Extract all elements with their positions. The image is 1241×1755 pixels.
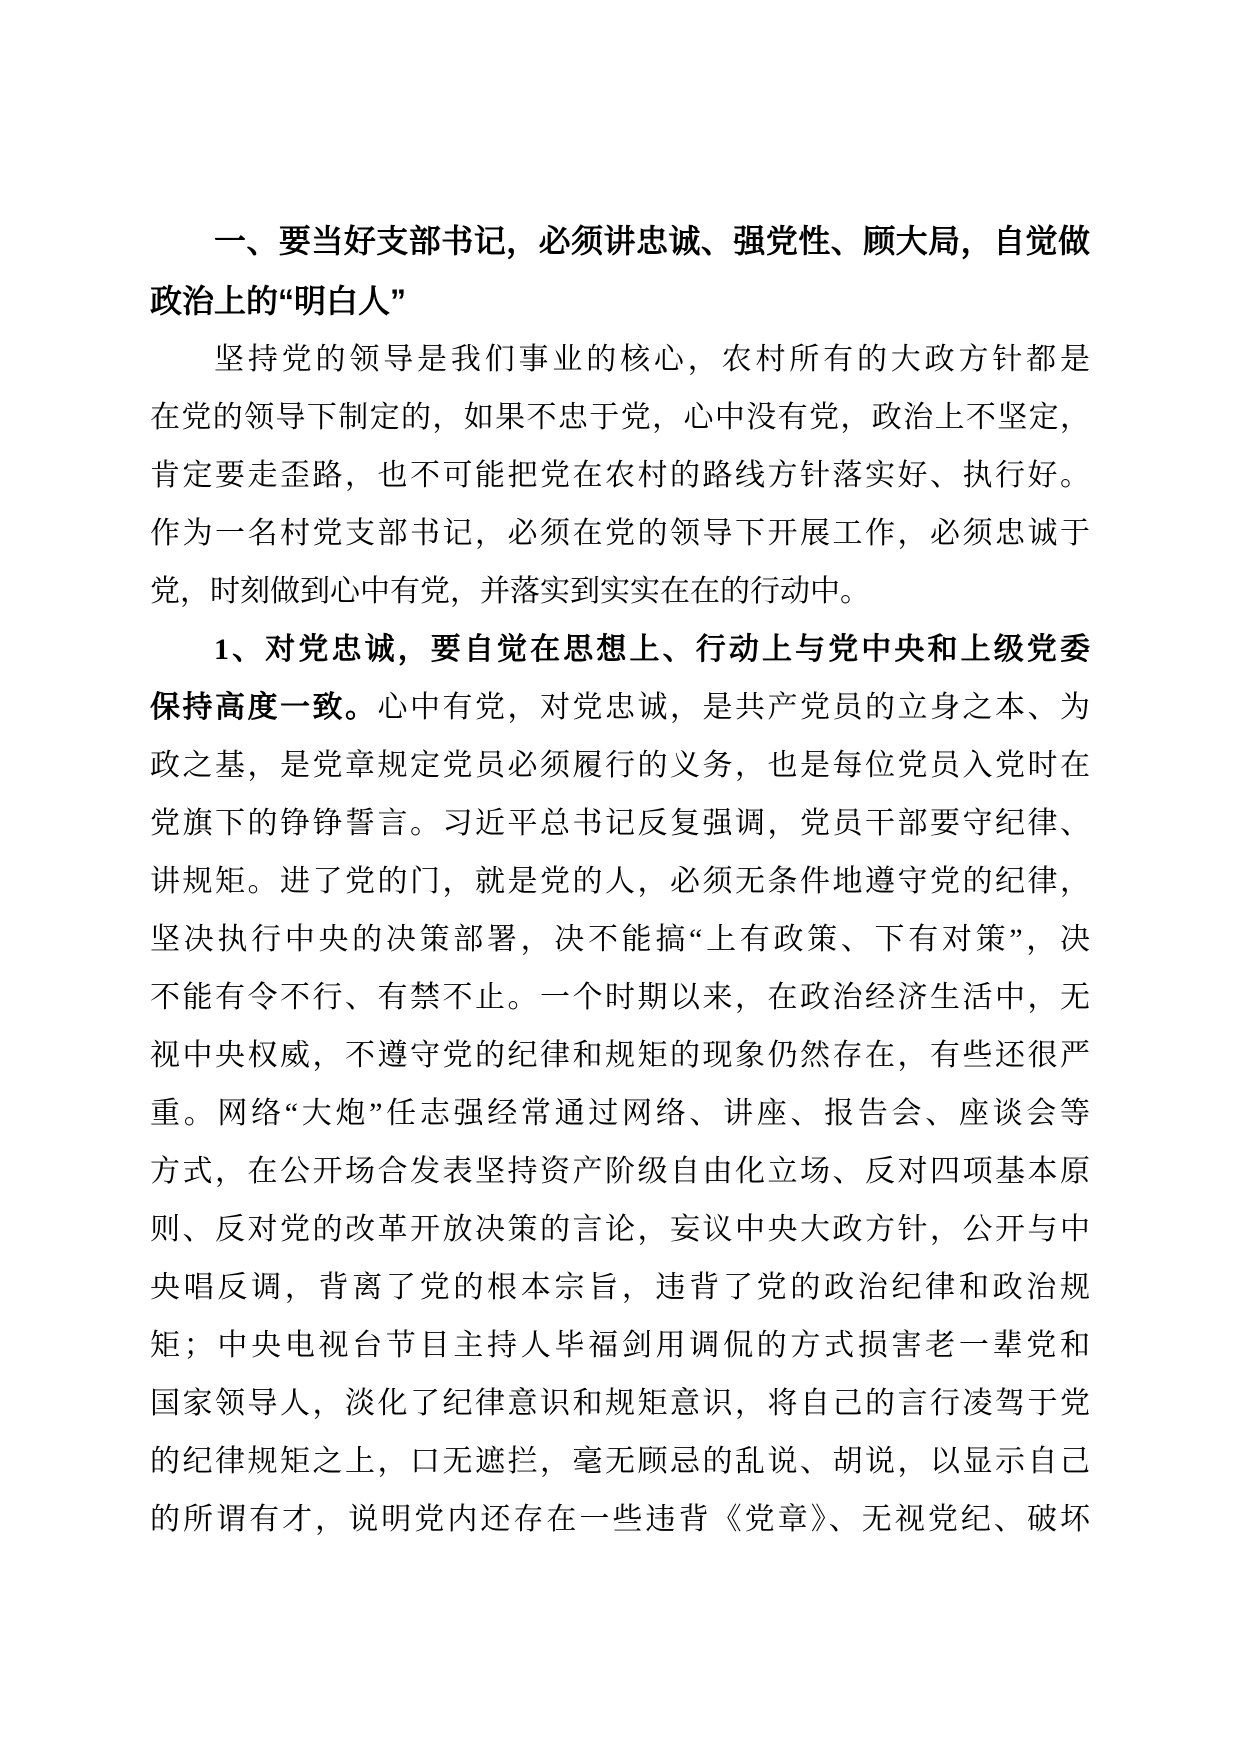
bold-text-run: 1、对党忠诚，要自觉在思想上、行动上与党中央和上级党委 [214,633,1090,666]
section-heading: 一、要当好支部书记，必须讲忠诚、强党性、顾大局，自觉做政治上的“明白人” [150,211,1090,331]
document-content: 一、要当好支部书记，必须讲忠诚、强党性、顾大局，自觉做政治上的“明白人”坚持党的… [150,211,1090,1549]
bold-text-run: 一、要当好支部书记，必须讲忠诚、强党性、顾大局，自觉做 [214,223,1090,259]
body-text-line: 的纪律规矩之上，口无遮拦，毫无顾忌的乱说、胡说，以显示自己 [150,1433,1090,1491]
text-run: 国家领导人，淡化了纪律意识和规矩意识，将自己的言行凌驾于党 [150,1387,1090,1420]
paragraph-1: 坚持党的领导是我们事业的核心，农村所有的大政方针都是在党的领导下制定的，如果不忠… [150,331,1090,621]
text-run: 讲规矩。进了党的门，就是党的人，必须无条件地遵守党的纪律， [150,865,1090,898]
text-run: 央唱反调，背离了党的根本宗旨，违背了党的政治纪律和政治规 [150,1271,1090,1304]
body-text-line: 重。网络“大炮”任志强经常通过网络、讲座、报告会、座谈会等 [150,1085,1090,1143]
body-text-line: 矩；中央电视台节目主持人毕福剑用调侃的方式损害老一辈党和 [150,1317,1090,1375]
body-text-line: 作为一名村党支部书记，必须在党的领导下开展工作，必须忠诚于 [150,505,1090,563]
body-text-line: 在党的领导下制定的，如果不忠于党，心中没有党，政治上不坚定， [150,389,1090,447]
body-text-line: 讲规矩。进了党的门，就是党的人，必须无条件地遵守党的纪律， [150,853,1090,911]
text-run: 的纪律规矩之上，口无遮拦，毫无顾忌的乱说、胡说，以显示自己 [150,1445,1090,1478]
heading-line: 一、要当好支部书记，必须讲忠诚、强党性、顾大局，自觉做 [150,211,1090,271]
heading-line: 政治上的“明白人” [150,271,1090,331]
text-run: 在党的领导下制定的，如果不忠于党，心中没有党，政治上不坚定， [150,401,1090,434]
text-run: 则、反对党的改革开放决策的言论，妄议中央大政方针，公开与中 [150,1213,1090,1246]
text-run: 政之基，是党章规定党员必须履行的义务，也是每位党员入党时在 [150,749,1090,782]
body-text-line: 肯定要走歪路，也不可能把党在农村的路线方针落实好、执行好。 [150,447,1090,505]
body-text-line: 坚持党的领导是我们事业的核心，农村所有的大政方针都是 [150,331,1090,389]
body-text-line: 国家领导人，淡化了纪律意识和规矩意识，将自己的言行凌驾于党 [150,1375,1090,1433]
body-text-line: 政之基，是党章规定党员必须履行的义务，也是每位党员入党时在 [150,737,1090,795]
text-run: 矩；中央电视台节目主持人毕福剑用调侃的方式损害老一辈党和 [150,1329,1090,1362]
text-run: 的所谓有才，说明党内还存在一些违背《党章》、无视党纪、破坏 [150,1503,1090,1536]
text-run: 作为一名村党支部书记，必须在党的领导下开展工作，必须忠诚于 [150,517,1090,550]
body-text-line: 的所谓有才，说明党内还存在一些违背《党章》、无视党纪、破坏 [150,1491,1090,1549]
text-run: 心中有党，对党忠诚，是共产党员的立身之本、为 [378,691,1091,724]
bold-text-run: 政治上的“明白人” [150,283,406,319]
paragraph-2: 1、对党忠诚，要自觉在思想上、行动上与党中央和上级党委保持高度一致。心中有党，对… [150,621,1090,1549]
body-text-line: 1、对党忠诚，要自觉在思想上、行动上与党中央和上级党委 [150,621,1090,679]
body-text-line: 保持高度一致。心中有党，对党忠诚，是共产党员的立身之本、为 [150,679,1090,737]
text-run: 坚决执行中央的决策部署，决不能搞“上有政策、下有对策”，决 [150,923,1090,956]
bold-text-run: 保持高度一致。 [150,691,378,724]
body-text-line: 方式，在公开场合发表坚持资产阶级自由化立场、反对四项基本原 [150,1143,1090,1201]
text-run: 不能有令不行、有禁不止。一个时期以来，在政治经济生活中，无 [150,981,1090,1014]
text-run: 党，时刻做到心中有党，并落实到实实在在的行动中。 [150,575,870,608]
text-run: 方式，在公开场合发表坚持资产阶级自由化立场、反对四项基本原 [150,1155,1090,1188]
document-page: 一、要当好支部书记，必须讲忠诚、强党性、顾大局，自觉做政治上的“明白人”坚持党的… [0,0,1241,1755]
body-text-line: 坚决执行中央的决策部署，决不能搞“上有政策、下有对策”，决 [150,911,1090,969]
body-text-line: 央唱反调，背离了党的根本宗旨，违背了党的政治纪律和政治规 [150,1259,1090,1317]
text-run: 视中央权威，不遵守党的纪律和规矩的现象仍然存在，有些还很严 [150,1039,1090,1072]
text-run: 党旗下的铮铮誓言。习近平总书记反复强调，党员干部要守纪律、 [150,807,1090,840]
text-run: 坚持党的领导是我们事业的核心，农村所有的大政方针都是 [214,343,1090,376]
body-text-line: 党旗下的铮铮誓言。习近平总书记反复强调，党员干部要守纪律、 [150,795,1090,853]
text-run: 肯定要走歪路，也不可能把党在农村的路线方针落实好、执行好。 [150,459,1090,492]
body-text-line: 党，时刻做到心中有党，并落实到实实在在的行动中。 [150,563,1090,621]
body-text-line: 视中央权威，不遵守党的纪律和规矩的现象仍然存在，有些还很严 [150,1027,1090,1085]
body-text-line: 则、反对党的改革开放决策的言论，妄议中央大政方针，公开与中 [150,1201,1090,1259]
text-run: 重。网络“大炮”任志强经常通过网络、讲座、报告会、座谈会等 [150,1097,1090,1130]
body-text-line: 不能有令不行、有禁不止。一个时期以来，在政治经济生活中，无 [150,969,1090,1027]
